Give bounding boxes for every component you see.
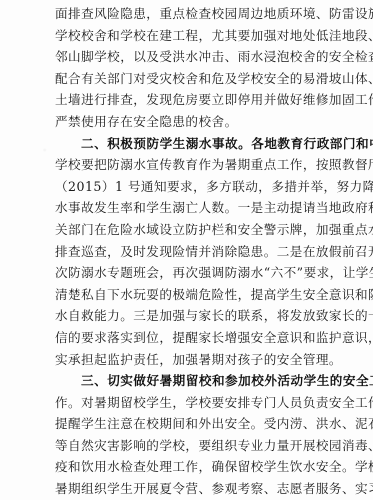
text-line: 实承担起监护责任，加强暑期对孩子的安全管理。 [55,349,347,371]
text-line: 排查巡查，及时发现险情并消除隐患。二是在放假前召开一 [55,241,347,263]
text-line: 水自救能力。三是加强与家长的联系，将发放致家长的一封 [55,305,347,327]
document-page: 面排查风险隐患，重点检查校园周边地质环境、防雷设施、 学校校舍和学校在建工程，尤… [55,3,347,500]
text-line: 学校校舍和学校在建工程，尤其要加强对地处低洼地段、毗 [55,25,347,47]
text-line: 配合有关部门对受灾校舍和危及学校安全的易滑坡山体、挡 [55,68,347,90]
text-line: 作。对暑期留校学生，学校要安排专门人员负责安全工作， [55,392,347,414]
text-line: 信的要求落实到位，提醒家长增强安全意识和监护意识，切 [55,327,347,349]
text-line: （2015）1 号通知要求，多方联动，多措并举，努力降低溺 [55,176,347,198]
text-line: 学校要把防溺水宣传教育作为暑期重点工作，按照教督厅 [55,154,347,176]
text-line: 次防溺水专题班会，再次强调防溺水“六不”要求，让学生 [55,262,347,284]
text-line: 等自然灾害影响的学校，要组织专业力量开展校园消毒、防 [55,435,347,457]
text-line: 邻山脚学校，以及受洪水冲击、雨水浸泡校舍的安全检查， [55,46,347,68]
text-line: 土墙进行排查，发现危房要立即停用并做好维修加固工作， [55,89,347,111]
text-line: 暑期组织学生开展夏令营、参观考察、志愿者服务、实习和 [55,478,347,500]
text-line: 面排查风险隐患，重点检查校园周边地质环境、防雷设施、 [55,3,347,25]
text-line: 清楚私自下水玩耍的极端危险性，提高学生安全意识和防溺 [55,284,347,306]
section-heading-2: 二、积极预防学生溺水事故。各地教育行政部门和中小 [55,133,347,155]
section-heading-3: 三、切实做好暑期留校和参加校外活动学生的安全工 [55,370,347,392]
text-line: 关部门在危险水域设立防护栏和安全警示牌，加强重点水域 [55,219,347,241]
text-line: 严禁使用存在安全隐患的校舍。 [55,111,347,133]
text-line: 疫和饮用水检查处理工作，确保留校学生饮水安全。学校在 [55,456,347,478]
text-line: 水事故发生率和学生溺亡人数。一是主动提请当地政府和有 [55,197,347,219]
text-line: 提醒学生注意在校期间和外出安全。受内涝、洪水、泥石流 [55,413,347,435]
